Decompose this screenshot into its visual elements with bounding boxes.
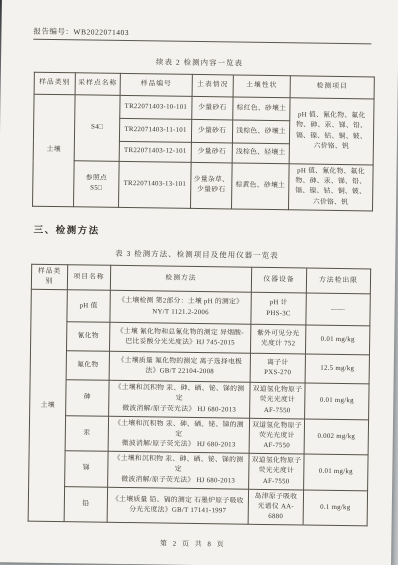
table3-row-cyanide: 氰化物 《土壤 氰化物和总氰化物的测定 异烟酸- 巴比妥酸分光光度法》HJ 74… bbox=[31, 321, 370, 355]
table2-header-sample-no: 样品编号 bbox=[120, 73, 192, 96]
report-number-line: 报告编号：WB2022071403 bbox=[33, 26, 371, 45]
table3-row-fluoride: 氟化物 《土壤质量 氟化物的测定 离子选择电极 法》GB/T 22104-200… bbox=[30, 350, 369, 384]
instrument-cell: 双道氢化物原子 荧光光度计 AF-7550 bbox=[249, 418, 304, 454]
sample-no-cell: TR22071403-11-101 bbox=[119, 118, 191, 142]
table3-methods-instruments: 样品类别 项目名称 检测方法 仪器设备 方法检出限 土壤 pH 值 《土壤检测 … bbox=[28, 263, 372, 526]
detection-limit-cell: 0.002 mg/kg bbox=[304, 419, 368, 455]
method-cell: 《土壤质量 氟化物的测定 离子选择电极 法》GB/T 22104-2008 bbox=[109, 351, 250, 382]
instrument-cell: 双道氢化物原子 荧光光度计 AF-7550 bbox=[249, 454, 304, 490]
sample-category-cell: 土壤 bbox=[33, 94, 76, 206]
table3-row-antimony: 锑 《土壤和沉积物 汞、砷、硒、铋、锑的测定 微波消解/原子荧光法》 HJ 68… bbox=[29, 450, 368, 490]
table3-row-mercury: 汞 《土壤和沉积物 汞、砷、硒、铋、锑的测定 微波消解/原子荧光法》 HJ 68… bbox=[29, 415, 368, 455]
method-cell: 《土壤质量 铅、镉的测定 石墨炉原子吸收 分光光度法》GB/T 17141-19… bbox=[107, 487, 248, 525]
sample-no-cell: TR22071403-13-101 bbox=[119, 161, 192, 208]
sampling-point-cell: S4□ bbox=[74, 95, 120, 162]
texture-cell: 浅棕色、砂壤土 bbox=[232, 120, 289, 144]
item-name-cell: pH 值 bbox=[67, 290, 110, 323]
table2-row: 土壤 S4□ TR22071403-10-101 少量砂石 棕红色、砂壤土 pH… bbox=[34, 94, 374, 122]
sample-category-cell: 土壤 bbox=[28, 289, 67, 522]
table3-header-sample-category: 样品类别 bbox=[31, 264, 67, 290]
detection-limit-cell: 0.01 mg/kg bbox=[305, 383, 369, 419]
item-name-cell: 氰化物 bbox=[66, 322, 109, 352]
item-name-cell: 锑 bbox=[65, 451, 108, 487]
item-name-cell: 铅 bbox=[64, 486, 107, 522]
surface-cell: 少量砂石 bbox=[191, 119, 232, 143]
texture-cell: 棕黄色、砂壤土 bbox=[231, 163, 289, 210]
sample-no-cell: TR22071403-12-101 bbox=[119, 141, 191, 162]
table2-sampling-contents: 样品类别 采样点名称 样品编号 土表情况 土壤性状 检测项目 土壤 S4□ TR… bbox=[32, 72, 375, 211]
table3-header-instrument: 仪器设备 bbox=[251, 267, 306, 293]
table2-header-sampling-point: 采样点名称 bbox=[75, 73, 120, 96]
detect-items-cell: pH 值、氰化物、氟化物、砷、汞、锑、铅、镉、镍、钴、铜、铍、六价铬、钒 bbox=[288, 164, 373, 211]
instrument-cell: 岛津原子吸收 光谱仪 AA-6880 bbox=[248, 489, 303, 525]
table2-header-sample-category: 样品类别 bbox=[34, 72, 75, 95]
table2-caption: 续表 2 检测内容一览表 bbox=[1, 54, 398, 71]
table3-caption: 表 3 检测方法、检测项目及使用仪器一览表 bbox=[0, 246, 395, 263]
method-cell: 《土壤检测 第2部分：土壤 pH 的测定》 NY/T 1121.2-2006 bbox=[110, 290, 251, 324]
detect-items-cell: pH 值、氰化物、氟化物、砷、汞、锑、铅、镉、镍、钴、铜、铍、六价铬、钒 bbox=[289, 98, 374, 165]
table3-row-arsenic: 砷 《土壤和沉积物 汞、砷、硒、铋、锑的测定 微波消解/原子荧光法》 HJ 68… bbox=[30, 379, 369, 419]
table3-row-lead: 铅 《土壤质量 铅、镉的测定 石墨炉原子吸收 分光光度法》GB/T 17141-… bbox=[28, 486, 367, 526]
method-cell: 《土壤和沉积物 汞、砷、硒、铋、锑的测定 微波消解/原子荧光法》 HJ 680-… bbox=[108, 452, 249, 490]
detection-limit-cell: 0.01 mg/kg bbox=[305, 325, 369, 355]
method-cell: 《土壤 氰化物和总氰化物的测定 异烟酸- 巴比妥酸分光光度法》HJ 745-20… bbox=[109, 322, 250, 353]
table2-header-detect-items: 检测项目 bbox=[290, 76, 374, 99]
method-cell: 《土壤和沉积物 汞、砷、硒、铋、锑的测定 微波消解/原子荧光法》 HJ 680-… bbox=[109, 380, 250, 418]
instrument-cell: 紫外可见分光 光度计 752 bbox=[250, 324, 305, 354]
surface-cell: 少量砂石 bbox=[192, 96, 233, 120]
section3-title: 三、检测方法 bbox=[34, 221, 396, 240]
instrument-cell: 离子计 PXS-270 bbox=[250, 353, 305, 383]
item-name-cell: 氟化物 bbox=[66, 351, 109, 381]
table2-header-texture: 土壤性状 bbox=[233, 75, 290, 98]
page-content: 报告编号：WB2022071403 续表 2 检测内容一览表 样品类别 采样点名… bbox=[0, 0, 398, 565]
instrument-cell: 双道氢化物原子 荧光光度计 AF-7550 bbox=[250, 382, 305, 418]
table2-header-surface: 土表情况 bbox=[192, 74, 233, 97]
detection-limit-cell: 0.1 mg/kg bbox=[303, 490, 367, 526]
sampling-point-cell: 参照点 S5□ bbox=[74, 161, 120, 207]
table3-header-item-name: 项目名称 bbox=[67, 264, 110, 290]
document-page: 报告编号：WB2022071403 续表 2 检测内容一览表 样品类别 采样点名… bbox=[0, 0, 398, 565]
table3-header-detection-limit: 方法检出限 bbox=[306, 268, 370, 294]
instrument-cell: pH 计 PHS-3C bbox=[251, 292, 306, 325]
table2-row: 参照点 S5□ TR22071403-13-101 少量杂草、 少量砂石 棕黄色… bbox=[33, 160, 374, 210]
detection-limit-cell: —— bbox=[306, 293, 370, 326]
detection-limit-cell: 0.01 mg/kg bbox=[304, 454, 368, 490]
surface-cell: 少量砂石 bbox=[191, 142, 232, 163]
detection-limit-cell: 12.5 mg/kg bbox=[305, 354, 369, 384]
texture-cell: 棕红色、砂壤土 bbox=[233, 97, 290, 121]
texture-cell: 浅棕色、轻壤土 bbox=[232, 143, 289, 164]
report-number-label: 报告编号： bbox=[33, 27, 73, 37]
page-number: 第 2 页 共 8 页 bbox=[0, 537, 391, 553]
report-number-value: WB2022071403 bbox=[73, 27, 129, 37]
method-cell: 《土壤和沉积物 汞、砷、硒、铋、锑的测定 微波消解/原子荧光法》 HJ 680-… bbox=[108, 416, 249, 454]
sample-no-cell: TR22071403-10-101 bbox=[120, 95, 192, 119]
table3-header-method: 检测方法 bbox=[110, 265, 251, 292]
surface-cell: 少量杂草、 少量砂石 bbox=[191, 162, 233, 208]
item-name-cell: 汞 bbox=[65, 415, 108, 451]
table3-row-ph: 土壤 pH 值 《土壤检测 第2部分：土壤 pH 的测定》 NY/T 1121.… bbox=[31, 289, 370, 326]
item-name-cell: 砷 bbox=[66, 380, 109, 416]
